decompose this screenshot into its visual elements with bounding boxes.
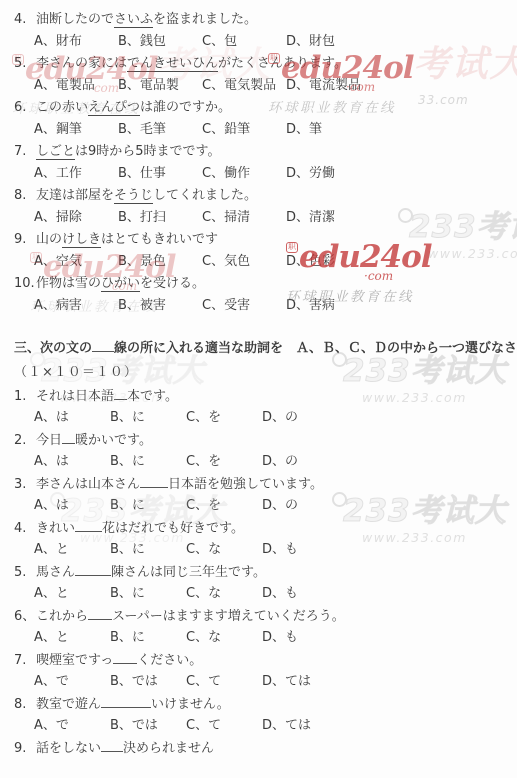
option-row: A、電製品B、電品製C、電気製品D、電流製品 (14, 75, 511, 97)
question-stem: 4.きれい花はだれでも好きです。 (14, 517, 511, 539)
question-number: 5. (14, 53, 36, 75)
option-c: C、て (186, 715, 262, 737)
question-number: 9. (14, 229, 36, 251)
option-a: A、鋼筆 (34, 119, 118, 141)
underlined-word: そうじ (114, 188, 153, 204)
underlined-word: ひがい (101, 276, 140, 292)
option-b: B、電品製 (118, 75, 202, 97)
option-d: D、も (262, 583, 298, 605)
option-b: B、景色 (118, 251, 202, 273)
underlined-word: しごと (36, 144, 75, 160)
question-stem: 9.山のけしきはとてもきれいです (14, 229, 511, 251)
option-b: B、に (110, 583, 186, 605)
option-b: B、打扫 (118, 207, 202, 229)
question-stem: 5.李さんの家にはでんきせいひんがたくさんあります。 (14, 53, 511, 75)
option-row: A、とB、にC、なD、も (14, 583, 511, 605)
option-d: D、労働 (286, 163, 335, 185)
question-stem: 1.それは日本語本です。 (14, 385, 511, 407)
question-stem: 10.作物は雪のひがいを受ける。 (14, 273, 511, 295)
option-b: B、に (110, 407, 186, 429)
question-number: 2. (14, 430, 36, 452)
option-b: B、に (110, 627, 186, 649)
question-number: 6. (14, 97, 36, 119)
option-c: C、包 (202, 31, 286, 53)
option-d: D、も (262, 539, 298, 561)
option-row: A、病害B、被害C、受害D、害病 (14, 295, 511, 317)
option-c: C、な (186, 627, 262, 649)
answer-blank (101, 737, 123, 752)
option-a: A、は (34, 495, 110, 517)
option-a: A、空気 (34, 251, 118, 273)
option-d: D、も (262, 627, 298, 649)
option-d: D、害病 (286, 295, 335, 317)
option-a: A、で (34, 671, 110, 693)
option-c: C、電気製品 (202, 75, 286, 97)
option-a: A、掃除 (34, 207, 118, 229)
question-number: 9. (14, 738, 36, 760)
option-row: A、とB、にC、なD、も (14, 539, 511, 561)
section-points: （１×１０＝１０） (14, 361, 511, 385)
option-a: A、は (34, 451, 110, 473)
option-d: D、の (262, 407, 298, 429)
answer-blank (140, 473, 168, 488)
option-a: A、と (34, 627, 110, 649)
underlined-word: でんきせいひん (127, 56, 218, 72)
answer-blank (75, 561, 111, 576)
option-d: D、筆 (286, 119, 322, 141)
question-stem: 3.李さんは山本さん日本語を勉強しています。 (14, 473, 511, 495)
option-c: C、を (186, 451, 262, 473)
option-row: A、空気B、景色C、気色D、色彩 (14, 251, 511, 273)
option-row: A、はB、にC、をD、の (14, 451, 511, 473)
option-b: B、被害 (118, 295, 202, 317)
answer-blank (62, 429, 75, 444)
option-c: C、鉛筆 (202, 119, 286, 141)
option-c: C、働作 (202, 163, 286, 185)
option-d: D、財包 (286, 31, 335, 53)
question-number: 6、 (14, 606, 36, 628)
answer-blank (113, 649, 137, 664)
option-a: A、で (34, 715, 110, 737)
option-a: A、工作 (34, 163, 118, 185)
question-stem: 4.油断したのでさいふを盗まれました。 (14, 9, 511, 31)
option-row: A、掃除B、打扫C、掃清D、清潔 (14, 207, 511, 229)
test-content: 4.油断したのでさいふを盗まれました。 A、財布B、銭包C、包D、財包 5.李さ… (0, 0, 517, 759)
option-b: B、に (110, 495, 186, 517)
option-row: A、でB、ではC、てD、ては (14, 715, 511, 737)
option-a: A、は (34, 407, 110, 429)
answer-blank (92, 337, 114, 352)
option-c: C、を (186, 495, 262, 517)
option-a: A、と (34, 539, 110, 561)
option-a: A、財布 (34, 31, 118, 53)
option-b: B、銭包 (118, 31, 202, 53)
answer-blank (88, 605, 112, 620)
option-b: B、に (110, 539, 186, 561)
option-row: A、はB、にC、をD、の (14, 407, 511, 429)
option-b: B、に (110, 451, 186, 473)
option-row: A、工作B、仕事C、働作D、労働 (14, 163, 511, 185)
question-number: 7. (14, 141, 36, 163)
option-d: D、色彩 (286, 251, 335, 273)
option-row: A、とB、にC、なD、も (14, 627, 511, 649)
question-number: 8. (14, 694, 36, 716)
underlined-word: えんぴつ (88, 100, 140, 116)
option-b: B、では (110, 671, 186, 693)
option-d: D、ては (262, 671, 311, 693)
option-d: D、清潔 (286, 207, 335, 229)
answer-blank (114, 385, 127, 400)
option-a: A、電製品 (34, 75, 118, 97)
answer-blank (101, 693, 151, 708)
option-row: A、はB、にC、をD、の (14, 495, 511, 517)
option-b: B、仕事 (118, 163, 202, 185)
option-d: D、の (262, 451, 298, 473)
option-d: D、電流製品 (286, 75, 361, 97)
question-number: 8. (14, 185, 36, 207)
question-number: 3. (14, 474, 36, 496)
option-b: B、毛筆 (118, 119, 202, 141)
option-b: B、では (110, 715, 186, 737)
section-heading: 三、次の文の線の所に入れる適当な助詞を Ａ、Ｂ、Ｃ、Ｄの中から一つ選びなさい。 (14, 337, 511, 361)
option-c: C、て (186, 671, 262, 693)
question-number: 1. (14, 386, 36, 408)
question-stem: 7.しごとは9時から5時までです。 (14, 141, 511, 163)
answer-blank (75, 517, 102, 532)
question-stem: 8.教室で遊んいけません。 (14, 693, 511, 715)
option-d: D、の (262, 495, 298, 517)
question-stem: 7.喫煙室ですっください。 (14, 649, 511, 671)
option-c: C、受害 (202, 295, 286, 317)
question-stem: 5.馬さん陳さんは同じ三年生です。 (14, 561, 511, 583)
option-c: C、を (186, 407, 262, 429)
question-number: 7. (14, 650, 36, 672)
option-c: C、な (186, 583, 262, 605)
question-stem: 8.友達は部屋をそうじしてくれました。 (14, 185, 511, 207)
option-d: D、ては (262, 715, 311, 737)
option-c: C、な (186, 539, 262, 561)
question-number: 4. (14, 9, 36, 31)
option-a: A、病害 (34, 295, 118, 317)
test-paper-page: 职edu24ol考试大 ·com 环球职业教育在线 职edu24ol考试大 ·c… (0, 0, 517, 778)
question-number: 10. (14, 273, 36, 295)
option-c: C、掃清 (202, 207, 286, 229)
underlined-word: けしき (62, 232, 101, 248)
underlined-word: さいふ (114, 12, 153, 28)
question-stem: 9.話をしない決められません (14, 737, 511, 759)
question-stem: 6、これからスーパーはますます増えていくだろう。 (14, 605, 511, 627)
option-a: A、と (34, 583, 110, 605)
option-c: C、気色 (202, 251, 286, 273)
option-row: A、財布B、銭包C、包D、財包 (14, 31, 511, 53)
question-number: 4. (14, 518, 36, 540)
question-number: 5. (14, 562, 36, 584)
question-stem: 6.この赤いえんぴつは誰のですか。 (14, 97, 511, 119)
option-row: A、鋼筆B、毛筆C、鉛筆D、筆 (14, 119, 511, 141)
question-stem: 2.今日暖かいです。 (14, 429, 511, 451)
option-row: A、でB、ではC、てD、ては (14, 671, 511, 693)
